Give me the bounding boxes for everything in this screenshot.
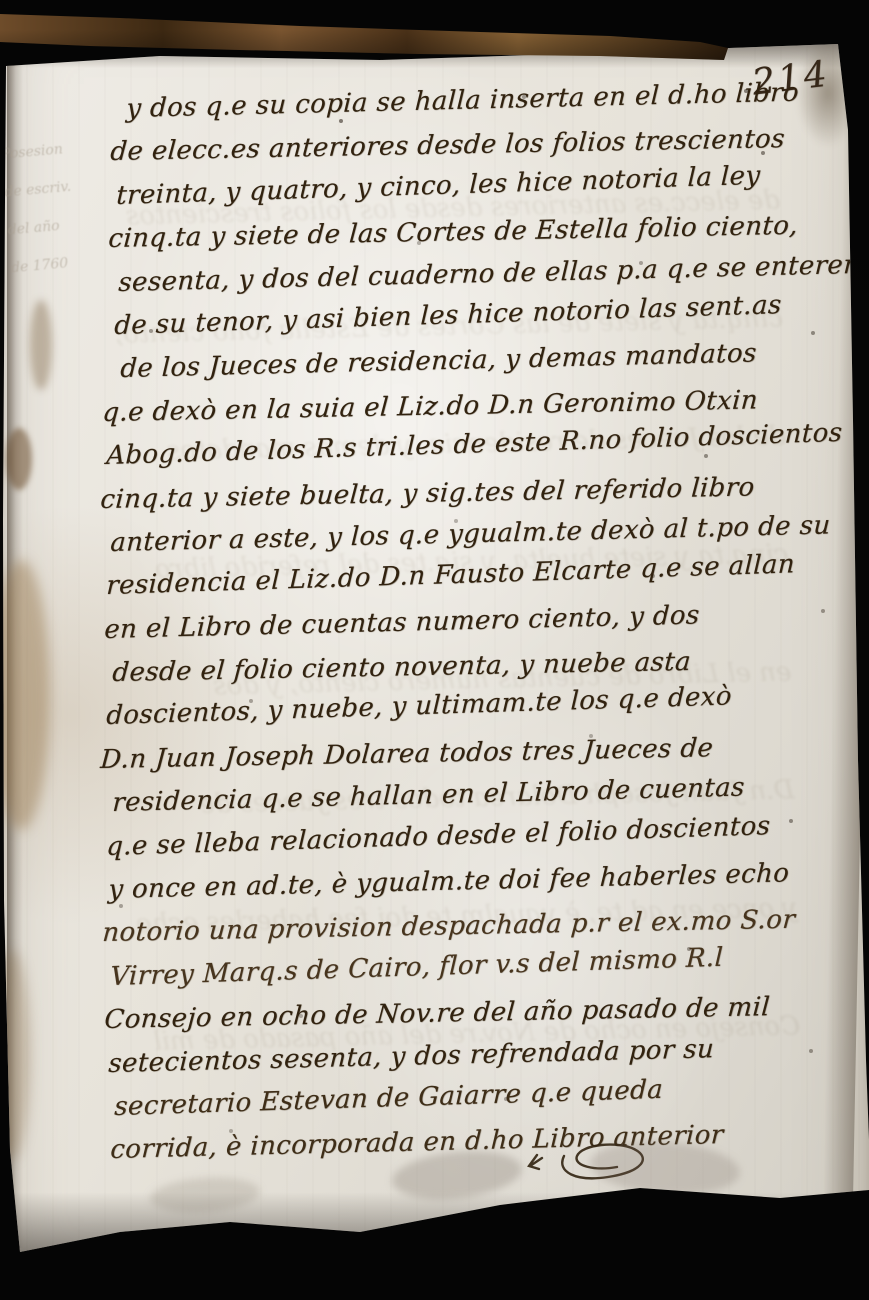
gutter-stain <box>6 428 32 490</box>
margin-note-line: de 1760 <box>9 242 92 287</box>
gutter-stain <box>0 560 50 830</box>
handwritten-text-block: y dos q.e su copia se halla inserta en e… <box>100 94 820 1179</box>
gutter-stain <box>30 300 52 390</box>
manuscript-page: de elecc.es anteriores desde los folios … <box>0 0 869 1300</box>
faint-margin-note: Posesion de escriv. del año de 1760 <box>0 129 92 287</box>
